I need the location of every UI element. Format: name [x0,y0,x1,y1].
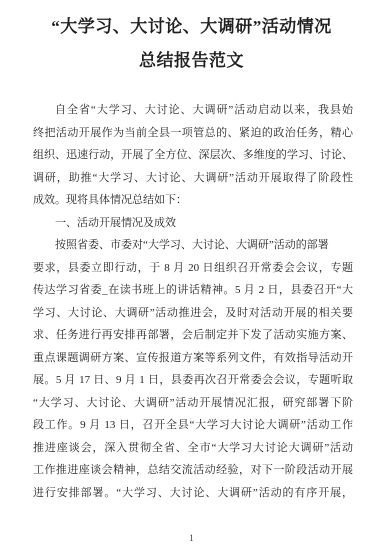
title-line-2: 总结报告范文 [0,44,383,78]
body-line: 成效。现将具体情况总结如下： [33,189,353,212]
body-line: 学习、大讨论、大调研”活动推进会，及时对活动开展的相关要 [33,302,353,325]
body-line: 按照省委、市委对“大学习、大讨论、大调研”活动的部署 [33,234,353,257]
body-line: 自全省“大学习、大讨论、大调研”活动启动以来，我县始 [33,99,353,122]
body-line: 工作推进座谈会精神，总结交流活动经验，对下一阶段活动开展 [33,459,353,482]
document-page: “大学习、大讨论、大调研”活动情况 总结报告范文 自全省“大学习、大讨论、大调研… [0,0,383,550]
title-line-1: “大学习、大讨论、大调研”活动情况 [0,10,383,44]
body-line: “大学习、大讨论、大调研”活动开展情况汇报，研究部署下阶 [33,392,353,415]
body-line: 调研，助推“大学习、大讨论、大调研”活动开展取得了阶段性 [33,167,353,190]
body-line: 求、任务进行再安排再部署，会后制定并下发了活动实施方案、 [33,324,353,347]
body-line: 进行安排部署。“大学习、大讨论、大调研”活动的有序开展， [33,482,353,505]
body-line: 重点课题调研方案、宣传报道方案等系列文件，有效指导活动开 [33,347,353,370]
body-line: 要求，县委立即行动，于 8 月 20 日组织召开常委会会议，专题 [33,257,353,280]
section-heading: 一、活动开展情况及成效 [33,212,353,235]
body-line: 推进座谈会，深入贯彻全省、全市“大学习大讨论大调研”活动 [33,437,353,460]
body-line: 组织、迅速行动，开展了全方位、深层次、多维度的学习、讨论、 [33,144,353,167]
body-line: 展。5 月 17 日、9 月 1 日，县委再次召开常委会会议，专题听取 [33,369,353,392]
page-number: 1 [0,533,383,543]
document-title: “大学习、大讨论、大调研”活动情况 总结报告范文 [0,0,383,78]
body-line: 传达学习省委_在读书班上的讲话精神。5 月 2 日，县委召开“大 [33,279,353,302]
document-body: 自全省“大学习、大讨论、大调研”活动启动以来，我县始 终把活动开展作为当前全县一… [33,99,353,504]
body-line: 终把活动开展作为当前全县一项管总的、紧迫的政治任务，精心 [33,122,353,145]
body-line: 段工作。9 月 13 日，召开全县“大学习大讨论大调研”活动工作 [33,414,353,437]
